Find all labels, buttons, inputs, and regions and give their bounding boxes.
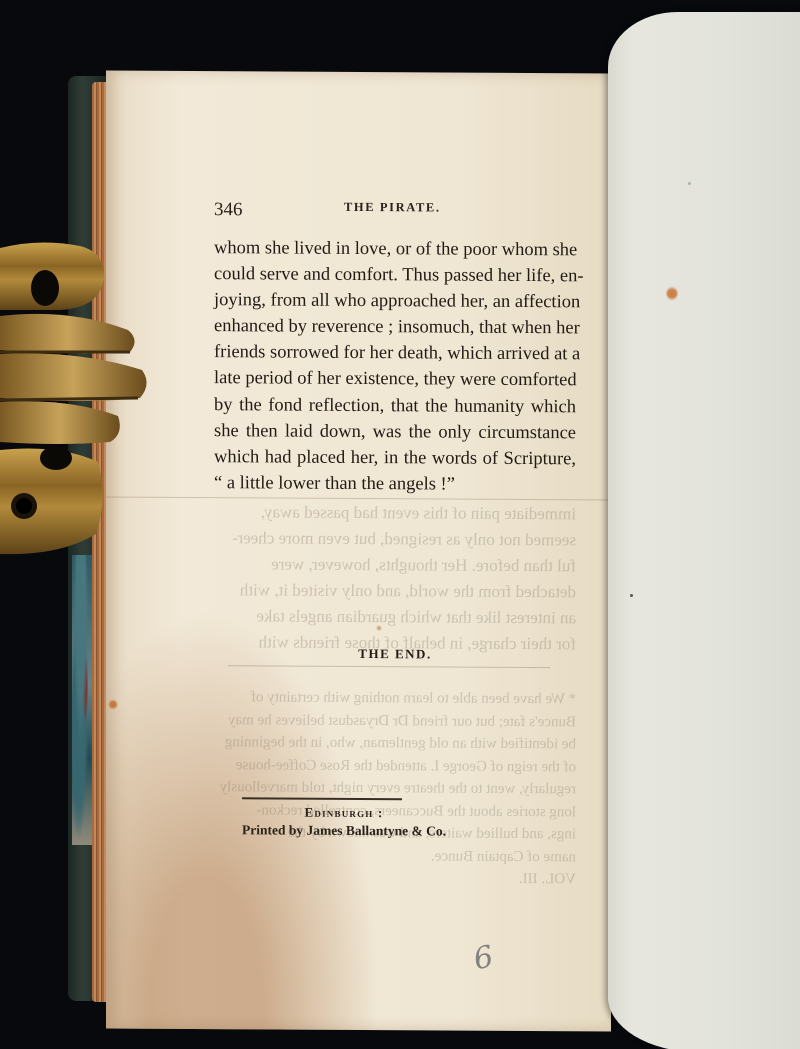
ghost-line: VOL. III. [214,866,576,891]
ghost-line: seemed not only as resigned, but even mo… [214,525,576,553]
ghost-line: name of Captain Bunce. [214,844,576,869]
body-text: whom she lived in love, or of the poor w… [214,235,576,498]
show-through-text-lower: * We have been able to learn nothing wit… [214,686,576,891]
ghost-line: be identified with an old gentleman, who… [214,731,576,756]
text-line: joying, from all who approached her, an … [214,287,576,315]
text-line: late period of her existence, they were … [214,366,576,394]
text-line: whom she lived in love, or of the poor w… [214,235,576,263]
ghost-line: Bunce's fate; but our friend Dr Dryasdus… [214,709,576,734]
ghost-line: an interest like that which guardian ang… [214,603,576,631]
running-title: THE PIRATE. [344,200,441,216]
text-line: she then laid down, was the only circums… [214,418,576,446]
text-line: enhanced by reverence ; insomuch, that w… [214,313,576,341]
paper-speck [688,182,691,185]
foxing-stain [108,698,118,710]
text-line: friends sorrowed for her death, which ar… [214,339,576,367]
end-rule [228,665,550,668]
ghost-line: of the reign of George I. attended the R… [214,754,576,779]
foxing-stain [376,625,382,631]
imprint-city: Edinburgh : [214,804,474,822]
right-page [608,12,800,1049]
marbled-endpaper [72,555,94,845]
book-photo: 346 THE PIRATE. whom she lived in love, … [0,0,800,1049]
ghost-line: immediate pain of this event had passed … [214,499,576,527]
text-line: could serve and comfort. Thus passed her… [214,261,576,289]
foxing-spot [666,286,678,301]
text-line: “ a little lower than the angels !” [214,470,576,498]
the-end-heading: THE END. [214,645,576,663]
pencil-annotation: 6 [471,939,497,977]
page-number: 346 [214,199,243,221]
page-header: 346 THE PIRATE. [214,199,576,223]
show-through-text-upper: immediate pain of this event had passed … [214,499,576,657]
text-line: by the fond reflection, that the humanit… [214,392,576,420]
ghost-line: detached from the world, and only visite… [214,577,576,605]
text-line: which had placed her, in the words of Sc… [214,444,576,472]
imprint-printer: Printed by James Ballantyne & Co. [214,822,474,840]
brass-hand-clip-icon [0,238,150,556]
ghost-line: * We have been able to learn nothing wit… [214,686,576,711]
ghost-line: ful than before. Her thoughts, however, … [214,551,576,579]
paper-speck [630,594,633,597]
left-page: 346 THE PIRATE. whom she lived in love, … [106,70,611,1031]
